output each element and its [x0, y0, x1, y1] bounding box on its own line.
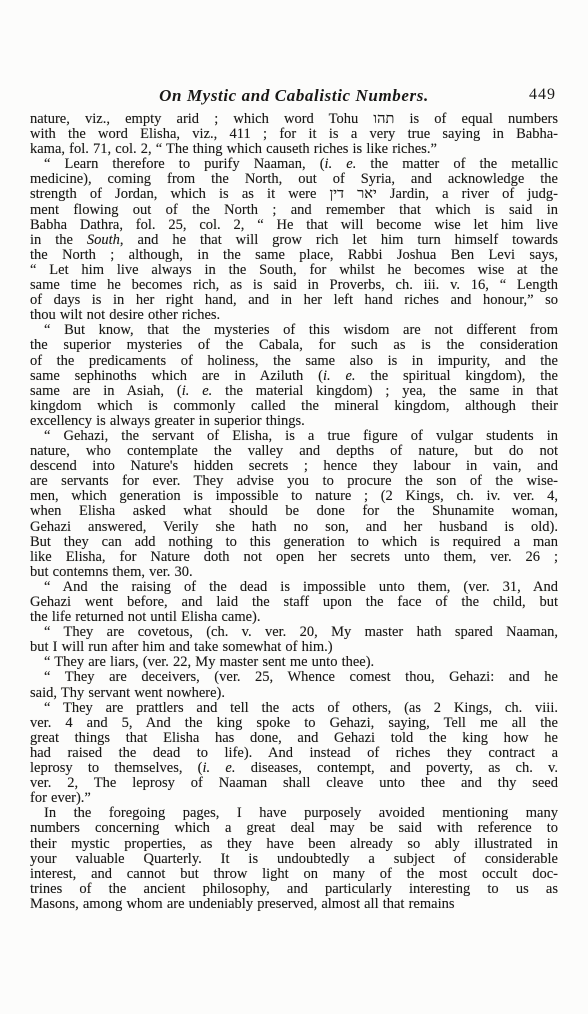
- text-line: Gehazi went before, and laid the staff u…: [30, 595, 558, 610]
- paragraph: nature, viz., empty arid ; which word To…: [30, 112, 558, 157]
- text-line: medicine), coming from the North, out of…: [30, 172, 558, 187]
- paragraph: “ Gehazi, the servant of Elisha, is a tr…: [30, 429, 558, 580]
- text-line: numbers concerning which a great deal ma…: [30, 821, 558, 836]
- text-line: kama, fol. 71, col. 2, “ The thing which…: [30, 142, 558, 157]
- text-line: In the foregoing pages, I have purposely…: [30, 806, 558, 821]
- text-line: thou wilt not desire other riches.: [30, 308, 558, 323]
- text-line: leprosy to themselves, (i. e. diseases, …: [30, 761, 558, 776]
- text-line: “ They are liars, (ver. 22, My master se…: [30, 655, 558, 670]
- text-line: “ But know, that the mysteries of this w…: [30, 323, 558, 338]
- text-line: when Elisha asked what should be done fo…: [30, 504, 558, 519]
- book-page: On Mystic and Cabalistic Numbers. 449 na…: [0, 0, 588, 1014]
- text-line: excellency is always greater in superior…: [30, 414, 558, 429]
- paragraph: “ They are deceivers, (ver. 25, Whence c…: [30, 670, 558, 700]
- text-line: men, which generation is impossible to n…: [30, 489, 558, 504]
- text-line: same are in Asiah, (i. e. the material k…: [30, 384, 558, 399]
- paragraph: “ But know, that the mysteries of this w…: [30, 323, 558, 429]
- text-line: the North ; although, in the same place,…: [30, 248, 558, 263]
- text-line: Masons, among whom are undeniably preser…: [30, 897, 558, 912]
- paragraph: “ They are prattlers and tell the acts o…: [30, 701, 558, 807]
- page-body: nature, viz., empty arid ; which word To…: [30, 112, 558, 912]
- text-line: Gehazi answered, Verily she hath no son,…: [30, 520, 558, 535]
- text-line: nature, who contemplate the valley and d…: [30, 444, 558, 459]
- text-line: great things that Elisha has done, and G…: [30, 731, 558, 746]
- paragraph: “ They are covetous, (ch. v. ver. 20, My…: [30, 625, 558, 655]
- text-line: but I will run after him and take somewh…: [30, 640, 558, 655]
- text-line: the life returned not until Elisha came)…: [30, 610, 558, 625]
- text-line: But they can add nothing to this generat…: [30, 535, 558, 550]
- text-line: kingdom which is commonly called the min…: [30, 399, 558, 414]
- text-line: with the word Elisha, viz., 411 ; for it…: [30, 127, 558, 142]
- text-line: “ They are deceivers, (ver. 25, Whence c…: [30, 670, 558, 685]
- text-line: “ Gehazi, the servant of Elisha, is a tr…: [30, 429, 558, 444]
- text-line: strength of Jordan, which is as it were …: [30, 187, 558, 202]
- text-line: your valuable Quarterly. It is undoubted…: [30, 852, 558, 867]
- text-line: ment flowing out of the North ; and reme…: [30, 203, 558, 218]
- text-line: “ They are covetous, (ch. v. ver. 20, My…: [30, 625, 558, 640]
- paragraph: “ Learn therefore to purify Naaman, (i. …: [30, 157, 558, 323]
- paragraph: “ And the raising of the dead is impossi…: [30, 580, 558, 625]
- text-line: are servants for ever. They advise you t…: [30, 474, 558, 489]
- text-line: ver. 2, The leprosy of Naaman shall clea…: [30, 776, 558, 791]
- running-header: On Mystic and Cabalistic Numbers. 449: [30, 86, 558, 107]
- text-line: of days is in her right hand, and in her…: [30, 293, 558, 308]
- text-line: trines of the ancient philosophy, and pa…: [30, 882, 558, 897]
- text-line: nature, viz., empty arid ; which word To…: [30, 112, 558, 127]
- paragraph: “ They are liars, (ver. 22, My master se…: [30, 655, 558, 670]
- paragraph: In the foregoing pages, I have purposely…: [30, 806, 558, 912]
- text-line: their mystic properties, as they have be…: [30, 837, 558, 852]
- page-title: On Mystic and Cabalistic Numbers.: [30, 86, 558, 106]
- text-line: interest, and cannot but throw light on …: [30, 867, 558, 882]
- text-column: On Mystic and Cabalistic Numbers. 449 na…: [30, 86, 558, 912]
- text-line: same sephinoths which are in Aziluth (i.…: [30, 369, 558, 384]
- text-line: like Elisha, for Nature doth not open he…: [30, 550, 558, 565]
- text-line: “ And the raising of the dead is impossi…: [30, 580, 558, 595]
- text-line: “ They are prattlers and tell the acts o…: [30, 701, 558, 716]
- text-line: “ Let him live always in the South, for …: [30, 263, 558, 278]
- text-line: in the South, and he that will grow rich…: [30, 233, 558, 248]
- text-line: Babha Dathra, fol. 25, col. 2, “ He that…: [30, 218, 558, 233]
- text-line: the superior mysteries of the Cabala, fo…: [30, 338, 558, 353]
- text-line: “ Learn therefore to purify Naaman, (i. …: [30, 157, 558, 172]
- text-line: had raised the dead to life). And instea…: [30, 746, 558, 761]
- text-line: for ever).”: [30, 791, 558, 806]
- text-line: ver. 4 and 5, And the king spoke to Geha…: [30, 716, 558, 731]
- text-line: but contemns them, ver. 30.: [30, 565, 558, 580]
- text-line: descend into Nature's hidden secrets ; h…: [30, 459, 558, 474]
- text-line: of the predicaments of holiness, the sam…: [30, 354, 558, 369]
- text-line: said, Thy servant went nowhere).: [30, 686, 558, 701]
- page-number: 449: [529, 86, 556, 104]
- text-line: same time he becomes rich, as is said in…: [30, 278, 558, 293]
